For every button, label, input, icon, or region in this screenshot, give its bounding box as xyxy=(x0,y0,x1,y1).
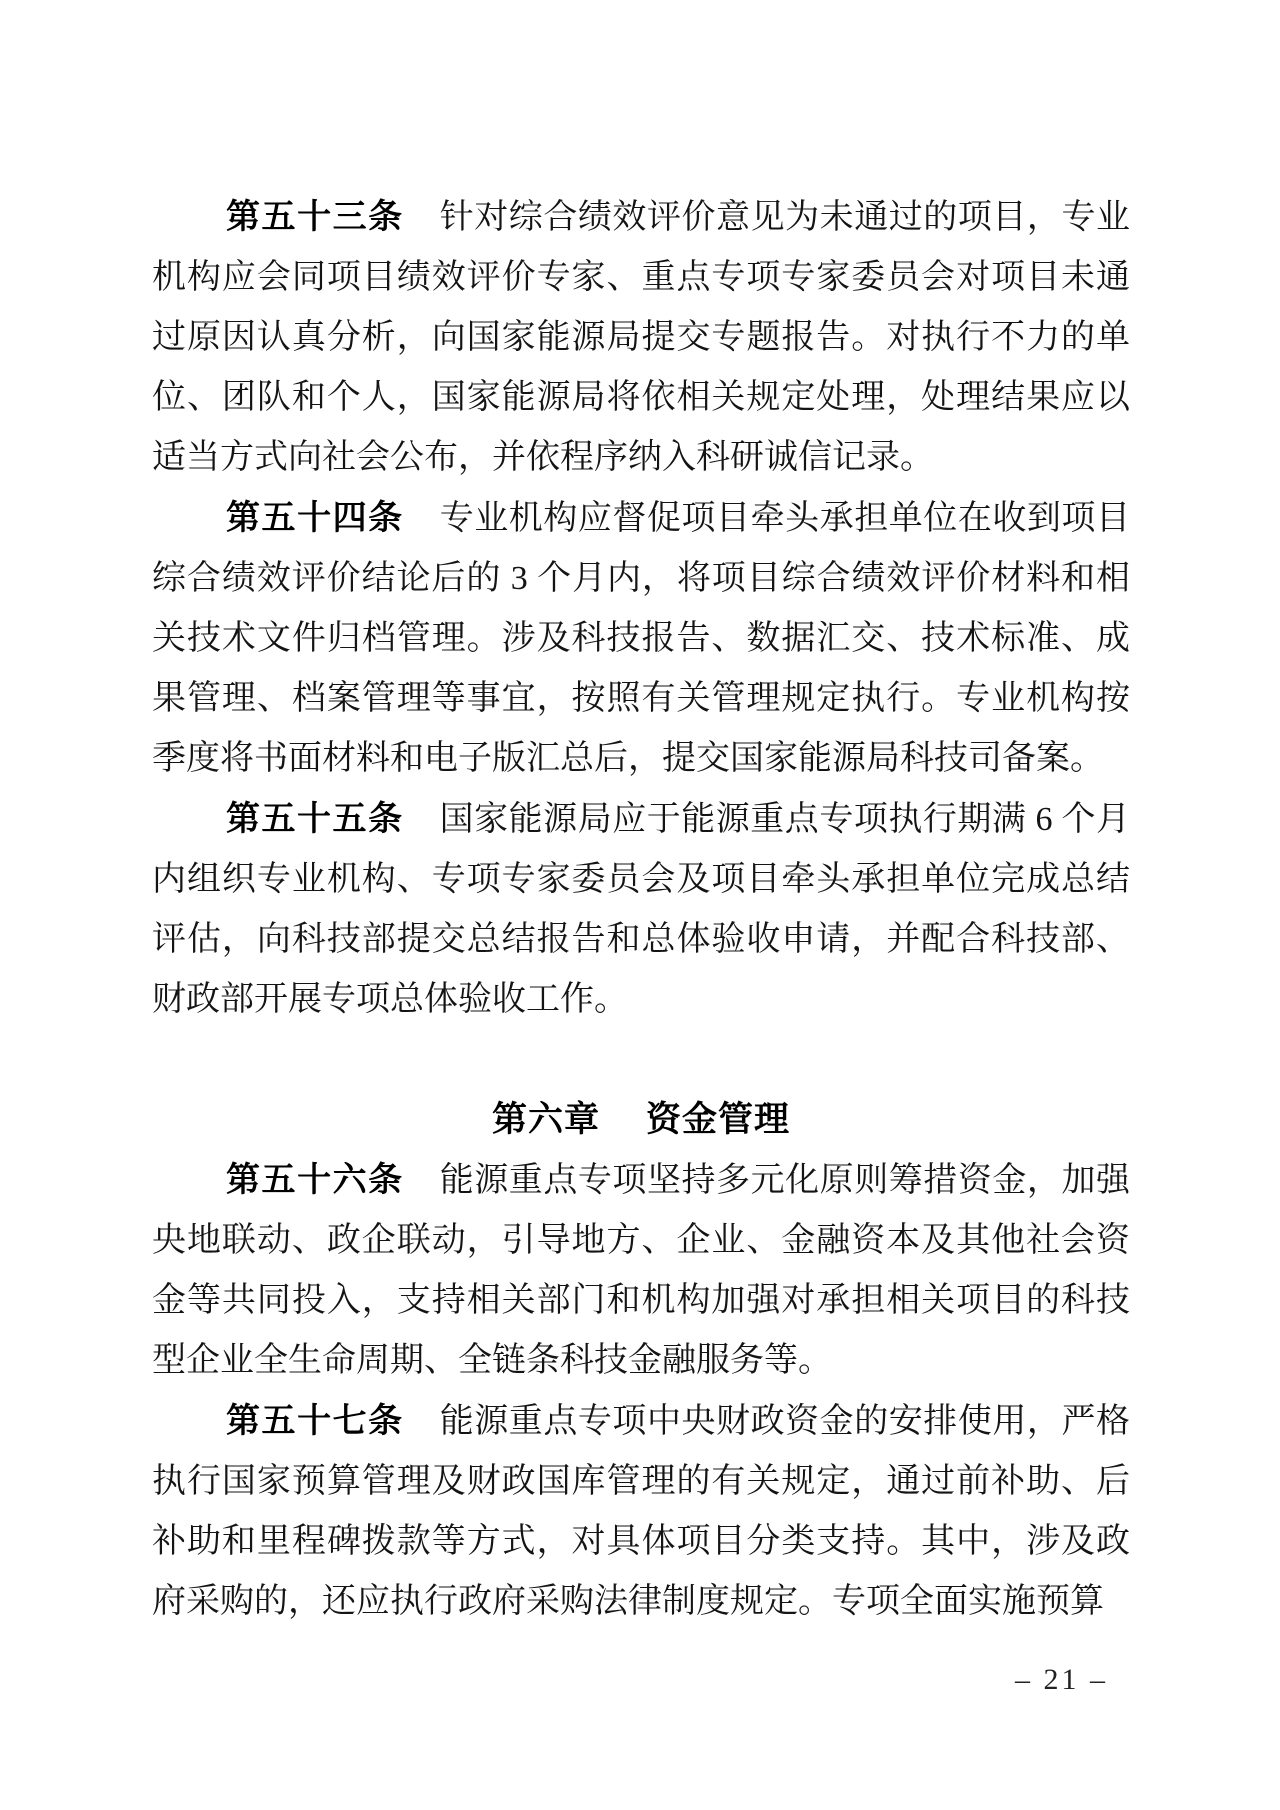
page-number: – 21 – xyxy=(1015,1662,1108,1698)
document-body: 第五十三条针对综合绩效评价意见为未通过的项目，专业机构应会同项目绩效评价专家、重… xyxy=(152,187,1130,1632)
article-55-paragraph: 第五十五条国家能源局应于能源重点专项执行期满 6 个月内组织专业机构、专项专家委… xyxy=(152,789,1130,1030)
article-54-text: 专业机构应督促项目牵头承担单位在收到项目综合绩效评价结论后的 3 个月内，将项目… xyxy=(152,500,1130,777)
chapter-title: 资金管理 xyxy=(646,1100,790,1139)
article-53-paragraph: 第五十三条针对综合绩效评价意见为未通过的项目，专业机构应会同项目绩效评价专家、重… xyxy=(152,187,1130,488)
document-page: 第五十三条针对综合绩效评价意见为未通过的项目，专业机构应会同项目绩效评价专家、重… xyxy=(0,0,1280,1810)
article-55-number: 第五十五条 xyxy=(226,800,404,838)
article-53-number: 第五十三条 xyxy=(226,198,404,236)
article-56-number: 第五十六条 xyxy=(226,1161,404,1199)
article-57-number: 第五十七条 xyxy=(226,1402,404,1440)
article-57-paragraph: 第五十七条能源重点专项中央财政资金的安排使用，严格执行国家预算管理及财政国库管理… xyxy=(152,1391,1130,1632)
article-53-text: 针对综合绩效评价意见为未通过的项目，专业机构应会同项目绩效评价专家、重点专项专家… xyxy=(152,199,1130,476)
chapter-number: 第六章 xyxy=(492,1100,600,1139)
article-56-paragraph: 第五十六条能源重点专项坚持多元化原则筹措资金，加强央地联动、政企联动，引导地方、… xyxy=(152,1150,1130,1391)
article-54-paragraph: 第五十四条专业机构应督促项目牵头承担单位在收到项目综合绩效评价结论后的 3 个月… xyxy=(152,488,1130,789)
chapter-heading: 第六章资金管理 xyxy=(152,1090,1130,1150)
article-54-number: 第五十四条 xyxy=(226,499,404,537)
